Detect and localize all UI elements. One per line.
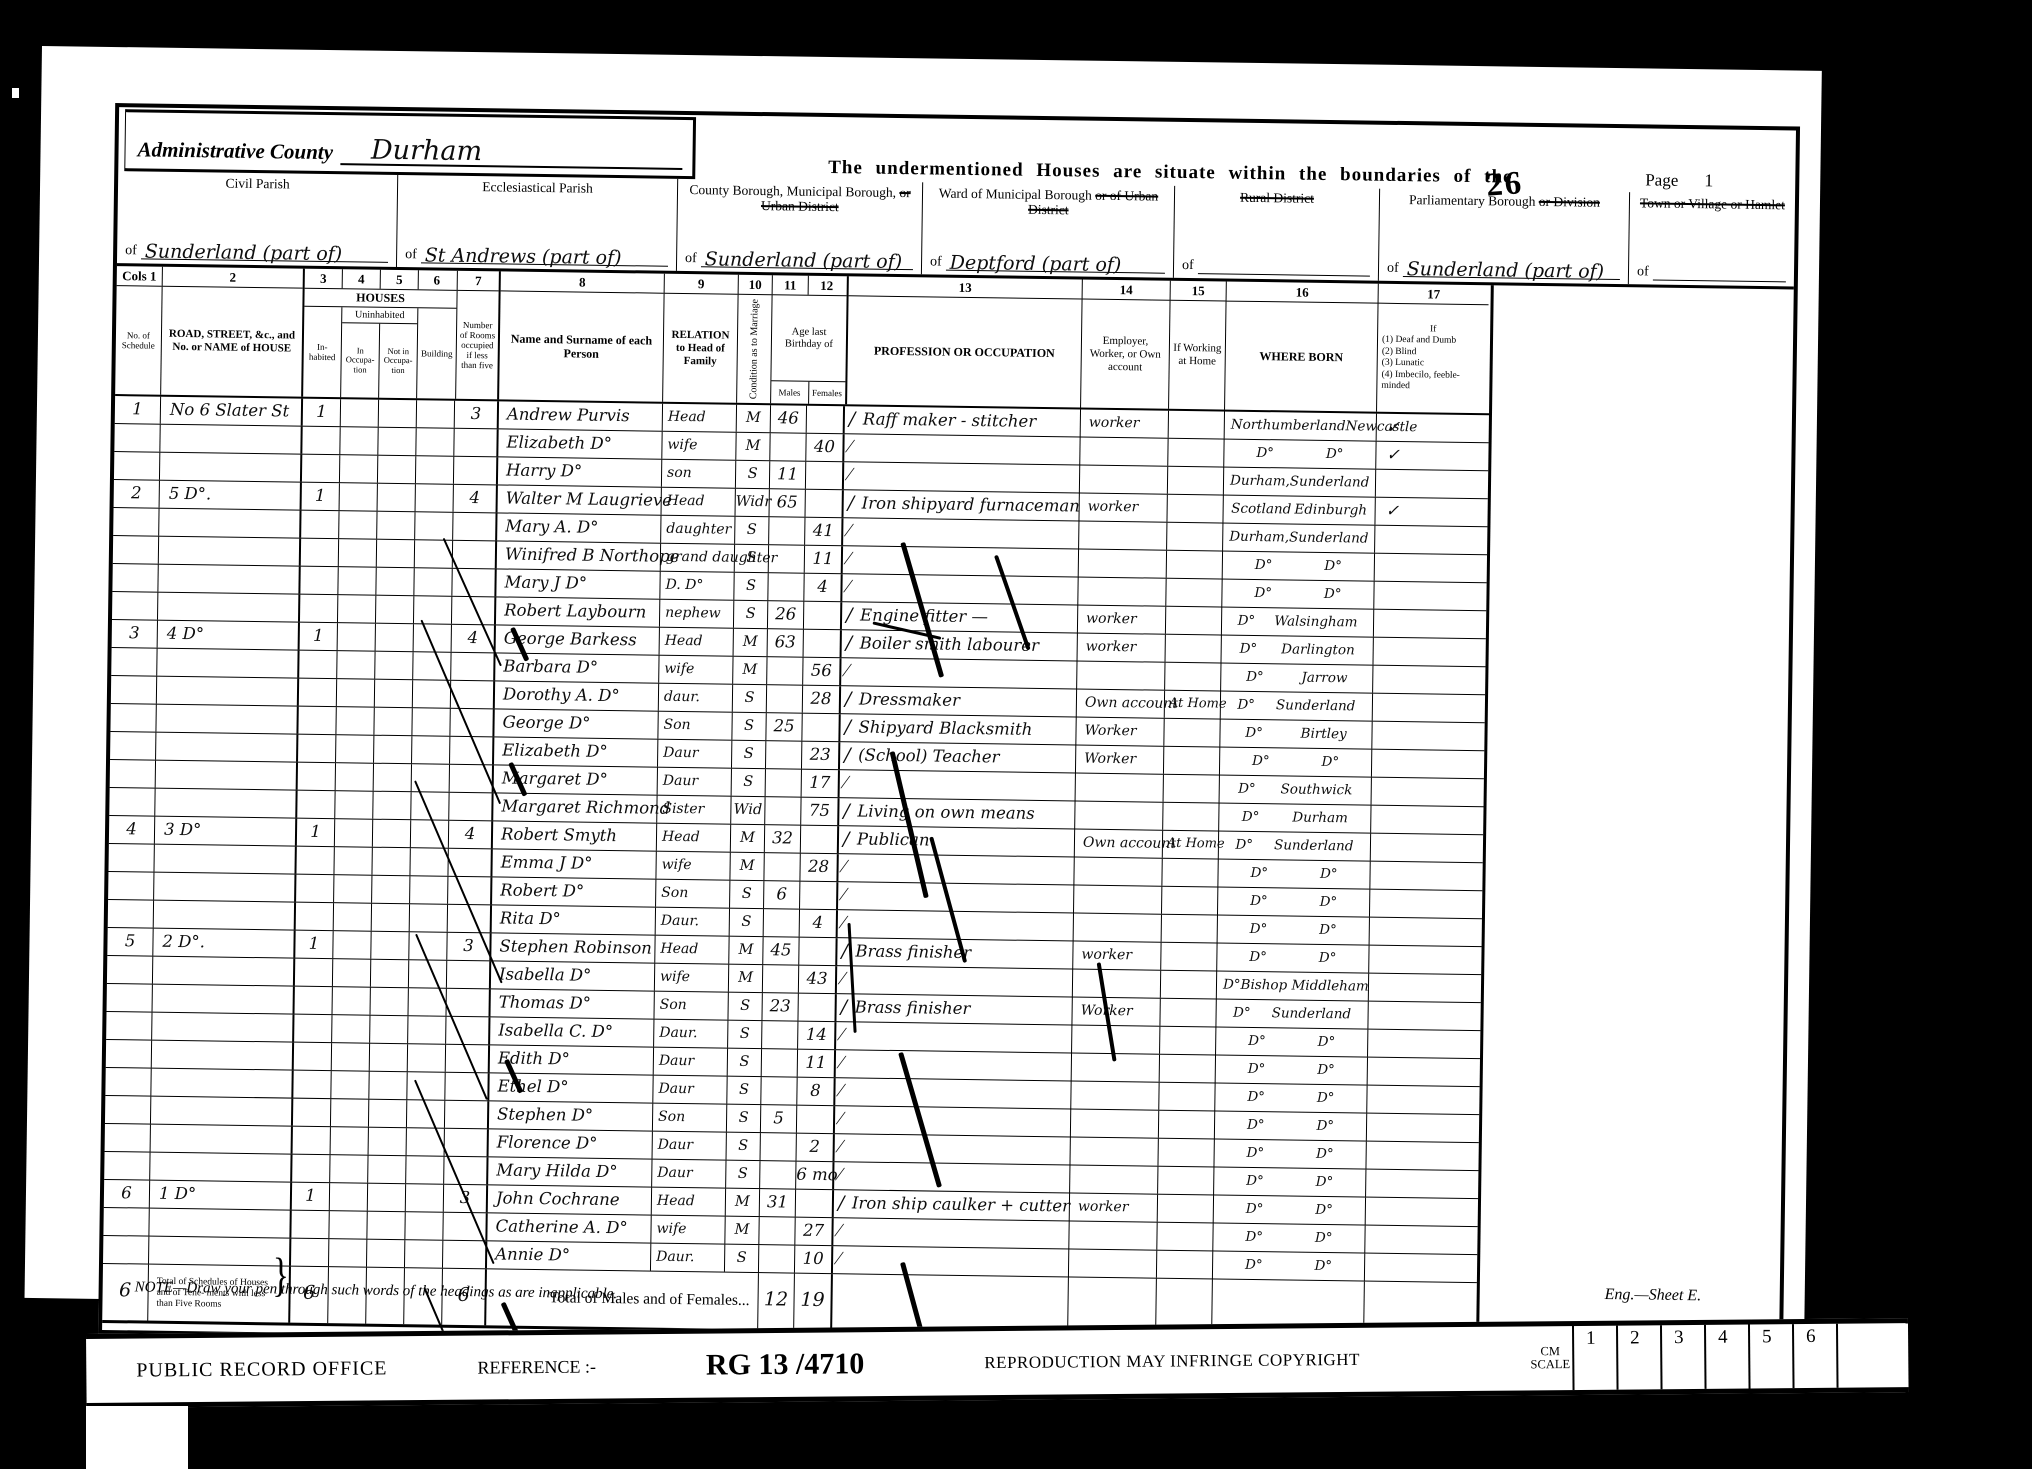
- cell-occ: [844, 462, 1080, 492]
- total-females: 19: [794, 1274, 833, 1331]
- cell-occ: Iron ship caulker + cutter: [834, 1190, 1070, 1220]
- cell-m: [761, 1133, 797, 1161]
- cell-rooms: [453, 541, 497, 569]
- cell-born: D°D°: [1224, 440, 1376, 469]
- district-label: County Borough, Municipal Borough, or Ur…: [686, 182, 914, 215]
- cell-cond: S: [730, 881, 764, 908]
- cell-rel: wife: [659, 656, 733, 684]
- cell-name: Winifred B Northope: [497, 541, 661, 570]
- cell-inf: [1365, 1254, 1475, 1283]
- cell-f: [806, 462, 844, 490]
- cell-notocc: [374, 736, 412, 764]
- cell-home: [1167, 551, 1223, 579]
- houses-title: HOUSES: [304, 289, 456, 309]
- cell-rel: Head: [652, 1188, 726, 1216]
- cell-sched: [108, 844, 154, 872]
- cell-f: [802, 714, 840, 742]
- cell-home: [1164, 747, 1220, 775]
- cell-occ: [841, 658, 1077, 688]
- cell-sched: [105, 1096, 151, 1124]
- cell-f: [798, 994, 836, 1022]
- cell-notocc: [376, 596, 414, 624]
- cell-home: At Home: [1163, 831, 1219, 859]
- cell-name: Margaret Richmond: [493, 793, 657, 822]
- administrative-county-value: Durham: [371, 135, 482, 168]
- scan-notch: [86, 1406, 188, 1469]
- cell-inocc: [337, 651, 375, 679]
- cell-notocc: [367, 1240, 405, 1268]
- cell-inf: [1369, 946, 1479, 975]
- cell-rel: Son: [654, 992, 728, 1020]
- total-males: 12: [758, 1273, 795, 1329]
- cell-m: 63: [768, 629, 804, 657]
- cell-m: 26: [768, 601, 804, 629]
- cell-inocc: [331, 1071, 369, 1099]
- cell-f: [796, 1190, 834, 1218]
- cell-rel: Head: [662, 488, 736, 516]
- cell-sched: 6: [104, 1180, 150, 1208]
- cell-f: 27: [795, 1218, 833, 1246]
- cell-cond: M: [736, 433, 770, 460]
- cell-name: Isabella D°: [491, 961, 655, 990]
- cell-inf: [1376, 470, 1486, 499]
- cell-name: Elizabeth D°: [494, 737, 658, 766]
- cell-occ: [840, 770, 1076, 800]
- cell-addr: [154, 873, 296, 902]
- cell-inh: [296, 847, 334, 875]
- cell-inocc: [334, 847, 372, 875]
- cell-f: [800, 882, 838, 910]
- cell-inf: [1367, 1114, 1477, 1143]
- cell-cond: M: [737, 405, 771, 432]
- cell-addr: [160, 425, 302, 454]
- cell-inh: [302, 455, 340, 483]
- cell-notocc: [371, 960, 409, 988]
- males-header: Males: [771, 381, 809, 404]
- cell-addr: 3 D°: [155, 817, 297, 846]
- cell-inocc: [335, 819, 373, 847]
- cell-addr: [149, 1209, 291, 1238]
- cell-inf: [1375, 526, 1485, 555]
- cell-sched: [106, 1012, 152, 1040]
- inhabited-header: In- habited: [303, 307, 342, 398]
- cell-rooms: [451, 681, 495, 709]
- cell-name: Margaret D°: [494, 765, 658, 794]
- cell-m: 65: [770, 489, 806, 517]
- cell-cond: S: [725, 1245, 759, 1272]
- district-label: Ecclesiastical Parish: [406, 178, 669, 197]
- cell-inocc: [336, 735, 374, 763]
- cell-sched: [113, 536, 159, 564]
- cell-m: [765, 797, 801, 825]
- cell-sched: [111, 676, 157, 704]
- cell-born: D°Walsingham: [1222, 608, 1374, 637]
- cell-rooms: [448, 905, 492, 933]
- cell-name: Florence D°: [489, 1129, 653, 1158]
- cell-inocc: [336, 763, 374, 791]
- cell-name: Catherine A. D°: [487, 1213, 651, 1242]
- cell-name: George Barkess: [496, 625, 660, 654]
- ruler-cell: 4: [1706, 1324, 1751, 1388]
- cell-name: Annie D°: [487, 1241, 651, 1270]
- cell-inf: ✓: [1377, 414, 1487, 443]
- cell-m: [767, 685, 803, 713]
- cell-f: 2: [797, 1134, 835, 1162]
- cell-rel: Daur: [653, 1132, 727, 1160]
- cell-rooms: [452, 597, 496, 625]
- cell-born: D°D°: [1218, 860, 1370, 889]
- cell-f: 43: [799, 966, 837, 994]
- cell-rooms: [447, 961, 491, 989]
- cell-cond: S: [728, 993, 762, 1020]
- census-form: Administrative County Durham The underme…: [98, 103, 1800, 1357]
- cell-home: [1169, 411, 1225, 439]
- cell-m: [762, 1049, 798, 1077]
- cell-name: Elizabeth D°: [498, 429, 662, 458]
- cell-inf: [1372, 750, 1482, 779]
- cell-emp: [1070, 1165, 1158, 1193]
- cell-occ: [834, 1162, 1070, 1192]
- cell-born: D°D°: [1218, 916, 1370, 945]
- cell-bldg: [409, 960, 447, 988]
- cell-emp: worker: [1079, 494, 1167, 522]
- cell-inh: 1: [297, 819, 335, 847]
- cell-cond: S: [726, 1161, 760, 1188]
- cell-sched: 1: [115, 396, 161, 424]
- cell-inocc: [333, 987, 371, 1015]
- district-value: Sunderland (part of): [145, 240, 343, 265]
- cell-home: [1160, 1055, 1216, 1083]
- public-record-office-label: PUBLIC RECORD OFFICE: [136, 1357, 387, 1382]
- cell-inocc: [331, 1099, 369, 1127]
- cell-born: D°Sunderland: [1221, 692, 1373, 721]
- col-label: Name and Surname of each Person: [499, 291, 663, 401]
- cell-f: 4: [800, 910, 838, 938]
- cell-emp: [1077, 662, 1165, 690]
- cell-rel: Daur: [654, 1048, 728, 1076]
- cell-inh: [294, 1043, 332, 1071]
- cell-home: [1163, 803, 1219, 831]
- cell-born: D°Darlington: [1222, 636, 1374, 665]
- cell-notocc: [374, 708, 412, 736]
- cell-bldg: [417, 400, 455, 428]
- cell-rel: Daur.: [651, 1244, 725, 1272]
- cell-home: [1166, 579, 1222, 607]
- cell-emp: [1076, 774, 1164, 802]
- cell-name: Robert Laybourn: [496, 597, 660, 626]
- cell-notocc: [371, 932, 409, 960]
- cell-name: Barbara D°: [495, 653, 659, 682]
- cell-cond: S: [727, 1077, 761, 1104]
- cell-f: [797, 1106, 835, 1134]
- age-group-header: 11 12 Age last Birthday of Males Females: [771, 275, 847, 404]
- cell-born: D°D°: [1220, 748, 1372, 777]
- col-number: 8: [501, 271, 664, 293]
- cell-born: D°D°: [1223, 552, 1375, 581]
- cell-addr: [153, 985, 295, 1014]
- cell-sched: [110, 704, 156, 732]
- cell-occ: [842, 574, 1078, 604]
- cell-addr: 2 D°.: [153, 929, 295, 958]
- cell-born: D°Sunderland: [1219, 832, 1371, 861]
- cell-emp: [1079, 522, 1167, 550]
- cell-inf: [1368, 1030, 1478, 1059]
- cell-cond: M: [725, 1217, 759, 1244]
- cell-born: D°D°: [1214, 1167, 1366, 1196]
- cell-inh: [298, 707, 336, 735]
- cell-rooms: 3: [447, 933, 491, 961]
- cell-inocc: [340, 455, 378, 483]
- cell-name: Robert D°: [492, 877, 656, 906]
- cell-emp: worker: [1078, 634, 1166, 662]
- cell-bldg: [412, 708, 450, 736]
- cell-emp: Own account: [1077, 690, 1165, 718]
- cell-cond: S: [734, 573, 768, 600]
- col-rooms-header: 7 Number of Rooms occupied if less than …: [455, 271, 501, 400]
- of-label: of: [930, 254, 942, 270]
- cell-cond: M: [729, 965, 763, 992]
- cell-occ: Raff maker - stitcher: [845, 406, 1081, 436]
- cell-rel: wife: [655, 964, 729, 992]
- cell-name: Emma J D°: [492, 849, 656, 878]
- cell-f: 11: [805, 546, 843, 574]
- cell-inocc: [341, 399, 379, 427]
- cell-rel: Daur: [652, 1160, 726, 1188]
- cell-occ: Publican: [839, 826, 1075, 856]
- cell-addr: [158, 565, 300, 594]
- cell-m: [769, 545, 805, 573]
- cell-m: 45: [763, 937, 799, 965]
- cell-emp: [1075, 802, 1163, 830]
- cell-home: [1160, 1027, 1216, 1055]
- cell-born: D°D°: [1216, 1055, 1368, 1084]
- cell-inf: [1366, 1198, 1476, 1227]
- cell-inh: [299, 679, 337, 707]
- cell-inh: 1: [303, 399, 341, 427]
- cell-home: [1161, 971, 1217, 999]
- col-number: 10: [739, 275, 772, 295]
- cell-sched: [108, 900, 154, 928]
- cell-bldg: [410, 904, 448, 932]
- cell-rooms: 4: [452, 625, 496, 653]
- cell-emp: Worker: [1076, 746, 1164, 774]
- cell-emp: [1073, 969, 1161, 997]
- cell-notocc: [377, 512, 415, 540]
- cell-inocc: [338, 623, 376, 651]
- cell-notocc: [370, 1044, 408, 1072]
- cell-name: Thomas D°: [490, 989, 654, 1018]
- cell-inh: 1: [295, 931, 333, 959]
- cell-emp: [1070, 1137, 1158, 1165]
- cell-inf: [1372, 778, 1482, 807]
- cell-bldg: [407, 1072, 445, 1100]
- cell-f: 75: [801, 798, 839, 826]
- cell-occ: Iron shipyard furnaceman: [843, 490, 1079, 520]
- cell-inf: [1368, 1002, 1478, 1031]
- cell-notocc: [372, 848, 410, 876]
- col-label: PROFESSION OR OCCUPATION: [847, 296, 1081, 407]
- cell-inh: [301, 511, 339, 539]
- cell-sched: [104, 1152, 150, 1180]
- cell-home: [1164, 775, 1220, 803]
- cell-notocc: [368, 1156, 406, 1184]
- cell-occ: [843, 546, 1079, 576]
- cell-occ: [836, 1050, 1072, 1080]
- cell-inocc: [335, 791, 373, 819]
- cell-inocc: [339, 539, 377, 567]
- cell-addr: [151, 1097, 293, 1126]
- col-relation-header: 9 RELATION to Head of Family: [663, 274, 739, 403]
- cell-inf: [1369, 974, 1479, 1003]
- cell-rel: Son: [653, 1104, 727, 1132]
- cell-born: D°D°: [1215, 1083, 1367, 1112]
- cell-cond: M: [730, 853, 764, 880]
- cm-scale: CM SCALE 123456: [1528, 1324, 1839, 1391]
- cell-rooms: [446, 1045, 490, 1073]
- cell-addr: [157, 649, 299, 678]
- cell-cond: M: [726, 1189, 760, 1216]
- houses-group-header: 3 4 5 6 HOUSES In- habited Uninhabited I…: [303, 269, 457, 399]
- col-profession-header: 13 PROFESSION OR OCCUPATION: [845, 276, 1083, 407]
- col-label: RELATION to Head of Family: [663, 294, 738, 403]
- cell-emp: [1080, 438, 1168, 466]
- cell-emp: worker: [1073, 941, 1161, 969]
- col-home-header: 15 If Working at Home: [1169, 281, 1227, 410]
- cell-rel: Daur: [658, 740, 732, 768]
- cell-born: D°D°: [1217, 944, 1369, 973]
- cell-rooms: [450, 709, 494, 737]
- cell-notocc: [378, 484, 416, 512]
- cell-rooms: [443, 1241, 487, 1269]
- col-number: 2: [163, 267, 303, 289]
- building-header: Building: [417, 308, 456, 399]
- cell-bldg: [413, 652, 451, 680]
- cell-inh: [297, 791, 335, 819]
- cell-f: 17: [802, 770, 840, 798]
- cell-m: 31: [760, 1189, 796, 1217]
- table-body: 1No 6 Slater St13Andrew PurvisHeadM46Raf…: [103, 396, 1489, 1283]
- district-value: St Andrews (part of): [425, 244, 622, 269]
- cell-home: [1167, 495, 1223, 523]
- cell-emp: [1071, 1081, 1159, 1109]
- cell-cond: S: [728, 1021, 762, 1048]
- cell-cond: S: [732, 769, 766, 796]
- cell-cond: S: [732, 741, 766, 768]
- district-label: Ward of Municipal Borough or of Urban Di…: [931, 185, 1166, 218]
- cell-born: D°D°: [1218, 888, 1370, 917]
- cell-addr: 4 D°: [158, 621, 300, 650]
- cell-notocc: [372, 904, 410, 932]
- cell-inocc: [337, 679, 375, 707]
- cell-name: George D°: [494, 709, 658, 738]
- cell-inf: [1367, 1086, 1477, 1115]
- cell-rooms: 4: [454, 485, 498, 513]
- cell-cond: M: [729, 937, 763, 964]
- administrative-county-line: Durham: [341, 133, 683, 170]
- cell-inh: [296, 875, 334, 903]
- cell-home: At Home: [1165, 691, 1221, 719]
- cell-name: Edith D°: [490, 1045, 654, 1074]
- cell-born: D°Southwick: [1220, 776, 1372, 805]
- cell-inf: [1366, 1170, 1476, 1199]
- cm-scale-label: CM SCALE: [1528, 1345, 1572, 1371]
- cell-addr: [156, 733, 298, 762]
- district-value-line: Deptford (part of): [946, 246, 1166, 274]
- col-number: Cols 1: [117, 266, 162, 287]
- cell-born: D°D°: [1215, 1111, 1367, 1140]
- infirmity-header: If(1) Deaf and Dumb(2) Blind(3) Lunatic(…: [1377, 304, 1488, 414]
- cell-addr: 5 D°.: [160, 481, 302, 510]
- cell-rooms: [452, 569, 496, 597]
- cell-inf: [1373, 638, 1483, 667]
- cell-inh: 1: [292, 1183, 330, 1211]
- cell-inocc: [333, 959, 371, 987]
- cell-rel: wife: [651, 1216, 725, 1244]
- houses-col-numbers: 3 4 5 6: [305, 269, 457, 291]
- cell-inocc: [329, 1239, 367, 1267]
- district-value-line: Sunderland (part of): [141, 234, 389, 262]
- cell-sched: [106, 1040, 152, 1068]
- cell-rooms: [449, 793, 493, 821]
- cell-emp: Own account: [1075, 830, 1163, 858]
- cell-rooms: [445, 1101, 489, 1129]
- col-number: 9: [665, 274, 738, 295]
- cell-sched: [111, 648, 157, 676]
- cell-inh: [291, 1239, 329, 1267]
- district-box: Ward of Municipal Borough or of Urban Di…: [922, 182, 1175, 278]
- cell-home: [1162, 859, 1218, 887]
- cell-rooms: 4: [449, 821, 493, 849]
- copyright-notice: REPRODUCTION MAY INFRINGE COPYRIGHT: [984, 1350, 1360, 1373]
- cell-inh: [291, 1211, 329, 1239]
- census-table: Cols 1 No. of Schedule 2 ROAD, STREET, &…: [102, 266, 1494, 1342]
- col-road-header: 2 ROAD, STREET, &c., and No. or NAME of …: [161, 267, 305, 397]
- cell-home: [1168, 467, 1224, 495]
- cell-emp: [1071, 1109, 1159, 1137]
- cell-inocc: [332, 1015, 370, 1043]
- cell-born: D°D°: [1213, 1251, 1365, 1280]
- cell-rooms: [453, 513, 497, 541]
- cell-notocc: [371, 988, 409, 1016]
- cell-born: D°Birtley: [1220, 720, 1372, 749]
- district-box: Ecclesiastical Parish ofSt Andrews (part…: [397, 175, 678, 271]
- cell-rooms: 3: [444, 1185, 488, 1213]
- cell-addr: [155, 789, 297, 818]
- cell-rooms: [445, 1073, 489, 1101]
- cell-inocc: [333, 931, 371, 959]
- cell-rel: wife: [662, 432, 736, 460]
- cell-addr: [157, 677, 299, 706]
- ruler-cell: 6: [1794, 1324, 1839, 1388]
- of-label: of: [125, 243, 137, 259]
- cell-born: D°D°: [1213, 1223, 1365, 1252]
- cell-m: [766, 741, 802, 769]
- district-value: Sunderland (part of): [1407, 258, 1605, 283]
- cell-bldg: [406, 1184, 444, 1212]
- cell-bldg: [412, 736, 450, 764]
- cell-inf: [1370, 862, 1480, 891]
- cell-cond: S: [727, 1133, 761, 1160]
- cell-cond: S: [735, 545, 769, 572]
- cell-sched: [105, 1124, 151, 1152]
- cell-m: [769, 517, 805, 545]
- cell-bldg: [414, 568, 452, 596]
- cell-rooms: [445, 1129, 489, 1157]
- cell-cond: Wid: [731, 797, 765, 824]
- cell-f: 23: [802, 742, 840, 770]
- cell-addr: 1 D°: [150, 1181, 292, 1210]
- cell-m: 32: [765, 825, 801, 853]
